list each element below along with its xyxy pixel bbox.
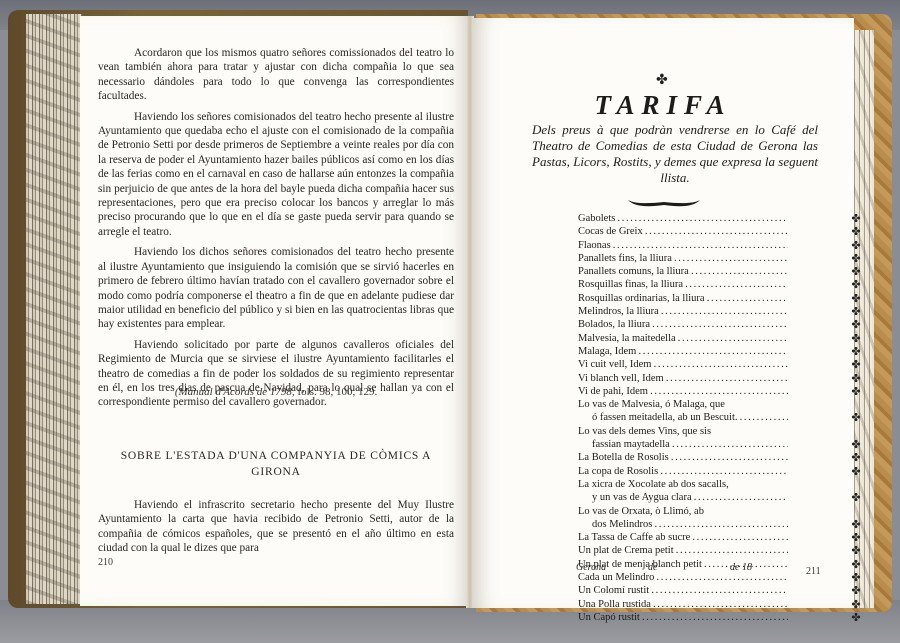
- price-mark-icon: ✤: [850, 278, 862, 291]
- price-list-item: Vi cuit vell, Idem✤: [578, 358, 788, 371]
- price-mark-icon: ✤: [850, 544, 862, 557]
- section-heading-line: SOBRE L'ESTADA D'UNA COMPANYIA DE CÒMICS…: [98, 448, 454, 464]
- price-list-item-label: La Botella de Rosolis: [578, 451, 788, 464]
- price-mark-icon: ✤: [850, 531, 862, 544]
- price-list-item-label: Un plat de menja blanch petit: [578, 558, 788, 571]
- price-list-item-label: Panallets fins, la lliura: [578, 252, 788, 265]
- price-list-item: La Tassa de Caffe ab sucre✤: [578, 531, 788, 544]
- tarifa-title: TARIFA: [472, 90, 854, 121]
- price-list-item-label: Rosquillas finas, la lliura: [578, 278, 788, 291]
- price-mark-icon: ✤: [850, 212, 862, 225]
- price-mark-icon: ✤: [850, 451, 862, 464]
- price-mark-icon: ✤: [850, 571, 862, 584]
- price-list-item: Bolados, la lliura✤: [578, 318, 788, 331]
- price-list-item: Vi blanch vell, Idem✤: [578, 372, 788, 385]
- price-list-item: Panallets fins, la lliura✤: [578, 252, 788, 265]
- price-mark-icon: ✤: [850, 465, 862, 478]
- price-list-item: Gabolets✤: [578, 212, 788, 225]
- section-heading-line: GIRONA: [98, 464, 454, 480]
- price-list-item-label: ó fassen meitadella, ab un Bescuit.: [578, 411, 788, 424]
- price-mark-icon: ✤: [850, 558, 862, 571]
- price-list-item-label: Vi blanch vell, Idem: [578, 372, 788, 385]
- price-list-item: La Botella de Rosolis✤: [578, 451, 788, 464]
- price-list-item-label: Una Polla rustida: [578, 598, 788, 611]
- price-list-item-label: Flaonas: [578, 239, 788, 252]
- price-mark-icon: ✤: [850, 345, 862, 358]
- price-list-item-label: y un vas de Aygua clara: [578, 491, 788, 504]
- price-list-item-label: La Tassa de Caffe ab sucre: [578, 531, 788, 544]
- price-list-item: Cocas de Greix✤: [578, 225, 788, 238]
- flourish-ornament-icon: [626, 198, 702, 210]
- page-number: 210: [98, 557, 113, 568]
- price-list-item: Un plat de menja blanch petit✤: [578, 558, 788, 571]
- price-list-item: La xicra de Xocolate ab dos sacalls,y un…: [578, 478, 788, 505]
- price-list: Gabolets✤Cocas de Greix✤Flaonas✤Panallet…: [578, 212, 788, 624]
- price-mark-icon: ✤: [850, 252, 862, 265]
- price-list-item: Malaga, Idem✤: [578, 345, 788, 358]
- price-mark-icon: ✤: [850, 385, 862, 398]
- price-mark-icon: ✤: [850, 318, 862, 331]
- price-list-item: Panallets comuns, la lliura✤: [578, 265, 788, 278]
- page-number: 211: [806, 566, 821, 577]
- tarifa-intro: Dels preus à que podràn vendrerse en lo …: [532, 122, 818, 186]
- price-list-item: Rosquillas ordinarias, la lliura✤: [578, 292, 788, 305]
- price-list-item: Lo vas de Orxata, ò Llimó, abdos Melindr…: [578, 505, 788, 532]
- price-list-item-label: Bolados, la lliura: [578, 318, 788, 331]
- price-list-item-label: La xicra de Xocolate ab dos sacalls,: [578, 478, 788, 491]
- price-mark-icon: ✤: [850, 358, 862, 371]
- price-list-item-label: Un plat de Crema petit: [578, 544, 788, 557]
- price-mark-icon: ✤: [850, 611, 862, 624]
- price-list-item-label: fassian maytadella: [578, 438, 788, 451]
- price-list-item: Vi de pahi, Idem✤: [578, 385, 788, 398]
- price-mark-icon: ✤: [850, 518, 862, 531]
- ornament-cross-icon: ✤: [656, 72, 668, 89]
- right-page: ✤ TARIFA Dels preus à que podràn vendrer…: [472, 18, 854, 608]
- signature-year: de 18: [730, 562, 752, 573]
- price-list-item-label: Cocas de Greix: [578, 225, 788, 238]
- price-list-item-label: Gabolets: [578, 212, 788, 225]
- section-heading: SOBRE L'ESTADA D'UNA COMPANYIA DE CÒMICS…: [98, 448, 454, 480]
- price-mark-icon: ✤: [850, 332, 862, 345]
- price-mark-icon: ✤: [850, 584, 862, 597]
- price-list-item: Rosquillas finas, la lliura✤: [578, 278, 788, 291]
- price-list-item: Cada un Melindro✤: [578, 571, 788, 584]
- paragraph: Acordaron que los mismos quatro señores …: [98, 46, 454, 104]
- price-list-item-label: Malvesia, la maitedella: [578, 332, 788, 345]
- price-list-item-label: Lo vas dels demes Vins, que sis: [578, 425, 788, 438]
- price-list-item-label: Malaga, Idem: [578, 345, 788, 358]
- paragraph: Haviendo los dichos señores comisionados…: [98, 245, 454, 331]
- final-text: Haviendo el infrascrito secretario hecho…: [98, 498, 454, 562]
- paragraph: Haviendo el infrascrito secretario hecho…: [98, 498, 454, 556]
- price-list-item-label: Melindros, la lliura: [578, 305, 788, 318]
- price-list-item: Flaonas✤: [578, 239, 788, 252]
- price-list-item-label: Un Capó rustit: [578, 611, 788, 624]
- price-list-item-label: Vi cuit vell, Idem: [578, 358, 788, 371]
- price-mark-icon: ✤: [850, 491, 862, 504]
- price-mark-icon: ✤: [850, 305, 862, 318]
- price-list-item-label: Lo vas de Malvesia, ó Malaga, que: [578, 398, 788, 411]
- price-list-item: Una Polla rustida✤: [578, 598, 788, 611]
- price-mark-icon: ✤: [850, 292, 862, 305]
- signature-de: de: [648, 562, 657, 573]
- price-list-item: Un Colomí rustit✤: [578, 584, 788, 597]
- price-mark-icon: ✤: [850, 598, 862, 611]
- price-mark-icon: ✤: [850, 265, 862, 278]
- price-list-item: Lo vas dels demes Vins, que sisfassian m…: [578, 425, 788, 452]
- price-list-item-label: Lo vas de Orxata, ò Llimó, ab: [578, 505, 788, 518]
- price-mark-icon: ✤: [850, 411, 862, 424]
- price-list-item: Melindros, la lliura✤: [578, 305, 788, 318]
- price-mark-icon: ✤: [850, 372, 862, 385]
- page-edges-left: [26, 14, 82, 604]
- price-mark-icon: ✤: [850, 239, 862, 252]
- left-page: Acordaron que los mismos quatro señores …: [80, 16, 470, 606]
- price-list-item-label: Rosquillas ordinarias, la lliura: [578, 292, 788, 305]
- price-list-item-label: Un Colomí rustit: [578, 584, 788, 597]
- left-body-text: Acordaron que los mismos quatro señores …: [98, 46, 454, 416]
- price-list-item-label: dos Melindros: [578, 518, 788, 531]
- price-list-item-label: Panallets comuns, la lliura: [578, 265, 788, 278]
- price-list-item: La copa de Rosolis✤: [578, 465, 788, 478]
- citation-source: (Manual d'Acords de 1798,: [175, 386, 295, 398]
- paragraph: Haviendo los señores comisionados del te…: [98, 110, 454, 240]
- citation: (Manual d'Acords de 1798, fols. 98, 100,…: [98, 386, 454, 398]
- price-list-item: Malvesia, la maitedella✤: [578, 332, 788, 345]
- price-list-item: Lo vas de Malvesia, ó Malaga, queó fasse…: [578, 398, 788, 425]
- price-mark-icon: ✤: [850, 438, 862, 451]
- signature-place: Gerona: [576, 562, 606, 573]
- price-list-item-label: Vi de pahi, Idem: [578, 385, 788, 398]
- price-list-item: Un plat de Crema petit✤: [578, 544, 788, 557]
- paragraph: Haviendo solicitado por parte de algunos…: [98, 338, 454, 410]
- citation-folios: fols. 98, 100, 129.: [295, 386, 378, 398]
- price-mark-icon: ✤: [850, 225, 862, 238]
- price-list-item: Un Capó rustit✤: [578, 611, 788, 624]
- price-list-item-label: La copa de Rosolis: [578, 465, 788, 478]
- price-list-item-label: Cada un Melindro: [578, 571, 788, 584]
